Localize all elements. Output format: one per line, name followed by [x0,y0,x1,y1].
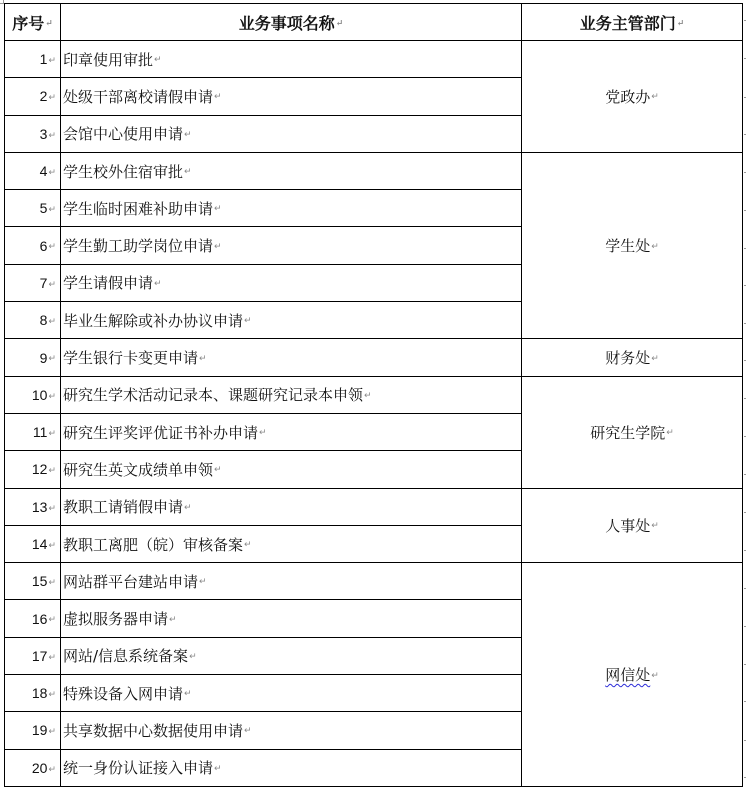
paragraph-mark-icon: ↵ [214,92,222,102]
paragraph-mark-icon: ↵ [677,19,685,29]
row-index[interactable]: 3↵ [5,115,61,152]
department-cell[interactable]: 网信处↵ [522,563,743,787]
paragraph-mark-icon: ↵ [48,577,56,587]
row-index[interactable]: 16↵ [5,600,61,637]
paragraph-mark-icon: ↵ [48,540,56,550]
paragraph-mark-icon: ↵ [199,577,207,587]
paragraph-mark-icon: ↵ [184,130,192,140]
paragraph-mark-icon: ↵ [45,19,53,29]
paragraph-mark-icon: ↵ [48,353,56,363]
paragraph-mark-icon: ↵ [48,241,56,251]
paragraph-mark-icon: ↵ [214,465,222,475]
row-index[interactable]: 2↵ [5,78,61,115]
business-items-table: 序号↵ 业务事项名称↵ 业务主管部门↵ 1↵ 印章使用审批↵ 党政办↵ 2↵ 处… [4,3,743,787]
row-item-name[interactable]: 学生银行卡变更申请↵ [61,339,522,376]
row-index[interactable]: 11↵ [5,413,61,450]
paragraph-mark-icon: ↵ [189,652,197,662]
paragraph-mark-icon: ↵ [336,19,344,29]
table-row: 10↵ 研究生学术活动记录本、课题研究记录本申领↵ 研究生学院↵ [5,376,743,413]
paragraph-mark-icon: ↵ [48,652,56,662]
department-cell[interactable]: 人事处↵ [522,488,743,563]
spellcheck-underlined-text: 网信处 [605,666,650,684]
row-item-name[interactable]: 学生请假申请↵ [61,264,522,301]
row-index[interactable]: 15↵ [5,563,61,600]
paragraph-mark-icon: ↵ [184,503,192,513]
header-index: 序号↵ [5,4,61,41]
row-item-name[interactable]: 共享数据中心数据使用申请↵ [61,712,522,749]
row-index[interactable]: 13↵ [5,488,61,525]
row-item-name[interactable]: 研究生学术活动记录本、课题研究记录本申领↵ [61,376,522,413]
paragraph-mark-icon: ↵ [154,55,162,65]
paragraph-mark-icon: ↵ [244,316,252,326]
row-item-name[interactable]: 教职工离肥（皖）审核备案↵ [61,525,522,562]
table-row: 9↵ 学生银行卡变更申请↵ 财务处↵ [5,339,743,376]
paragraph-mark-icon: ↵ [48,689,56,699]
row-item-name[interactable]: 统一身份认证接入申请↵ [61,749,522,786]
row-index[interactable]: 12↵ [5,451,61,488]
paragraph-mark-icon: ↵ [48,204,56,214]
paragraph-mark-icon: ↵ [244,726,252,736]
row-item-name[interactable]: 处级干部离校请假申请↵ [61,78,522,115]
row-index[interactable]: 14↵ [5,525,61,562]
paragraph-mark-icon: ↵ [364,391,372,401]
paragraph-mark-icon: ↵ [184,689,192,699]
paragraph-mark-icon: ↵ [651,671,659,681]
paragraph-mark-icon: ↵ [651,92,659,102]
header-row: 序号↵ 业务事项名称↵ 业务主管部门↵ [5,4,743,41]
row-item-name[interactable]: 会馆中心使用申请↵ [61,115,522,152]
paragraph-mark-icon: ↵ [48,279,56,289]
paragraph-mark-icon: ↵ [48,614,56,624]
row-item-name[interactable]: 学生勤工助学岗位申请↵ [61,227,522,264]
paragraph-mark-icon: ↵ [48,391,56,401]
row-index[interactable]: 1↵ [5,41,61,78]
department-cell[interactable]: 党政办↵ [522,41,743,153]
paragraph-mark-icon: ↵ [199,354,207,364]
paragraph-mark-icon: ↵ [48,130,56,140]
paragraph-mark-icon: ↵ [214,204,222,214]
paragraph-mark-icon: ↵ [48,503,56,513]
paragraph-mark-icon: ↵ [666,428,674,438]
row-item-name[interactable]: 学生校外住宿审批↵ [61,152,522,189]
paragraph-mark-icon: ↵ [184,167,192,177]
row-item-name[interactable]: 印章使用审批↵ [61,41,522,78]
row-index[interactable]: 6↵ [5,227,61,264]
paragraph-mark-icon: ↵ [259,428,267,438]
row-index[interactable]: 10↵ [5,376,61,413]
paragraph-mark-icon: ↵ [48,167,56,177]
row-item-name[interactable]: 毕业生解除或补办协议申请↵ [61,302,522,339]
row-index[interactable]: 9↵ [5,339,61,376]
paragraph-mark-icon: ↵ [651,242,659,252]
row-index[interactable]: 18↵ [5,675,61,712]
row-item-name[interactable]: 学生临时困难补助申请↵ [61,190,522,227]
table-row: 1↵ 印章使用审批↵ 党政办↵ [5,41,743,78]
paragraph-mark-icon: ↵ [48,428,56,438]
department-cell[interactable]: 财务处↵ [522,339,743,376]
table-row: 15↵ 网站群平台建站申请↵ 网信处↵ [5,563,743,600]
paragraph-mark-icon: ↵ [48,465,56,475]
row-item-name[interactable]: 网站群平台建站申请↵ [61,563,522,600]
paragraph-mark-icon: ↵ [169,615,177,625]
row-index[interactable]: 20↵ [5,749,61,786]
paragraph-mark-icon: ↵ [214,242,222,252]
paragraph-mark-icon: ↵ [651,354,659,364]
paragraph-mark-icon: ↵ [214,764,222,774]
paragraph-mark-icon: ↵ [48,726,56,736]
paragraph-mark-icon: ↵ [244,540,252,550]
header-department: 业务主管部门↵ [522,4,743,41]
department-cell[interactable]: 学生处↵ [522,152,743,338]
table-row: 13↵ 教职工请销假申请↵ 人事处↵ [5,488,743,525]
row-index[interactable]: 5↵ [5,190,61,227]
paragraph-mark-icon: ↵ [48,764,56,774]
department-cell[interactable]: 研究生学院↵ [522,376,743,488]
paragraph-mark-icon: ↵ [48,316,56,326]
row-item-name[interactable]: 教职工请销假申请↵ [61,488,522,525]
row-index[interactable]: 4↵ [5,152,61,189]
row-index[interactable]: 8↵ [5,302,61,339]
row-item-name[interactable]: 特殊设备入网申请↵ [61,675,522,712]
paragraph-mark-icon: ↵ [154,279,162,289]
row-item-name[interactable]: 虚拟服务器申请↵ [61,600,522,637]
row-item-name[interactable]: 网站/信息系统备案↵ [61,637,522,674]
paragraph-mark-icon: ↵ [651,521,659,531]
row-item-name[interactable]: 研究生评奖评优证书补办申请↵ [61,413,522,450]
paragraph-mark-icon: ↵ [48,55,56,65]
row-index[interactable]: 19↵ [5,712,61,749]
table-row: 4↵ 学生校外住宿审批↵ 学生处↵ [5,152,743,189]
header-item-name: 业务事项名称↵ [61,4,522,41]
row-index[interactable]: 7↵ [5,264,61,301]
row-index[interactable]: 17↵ [5,637,61,674]
row-item-name[interactable]: 研究生英文成绩单申领↵ [61,451,522,488]
paragraph-mark-icon: ↵ [48,92,56,102]
